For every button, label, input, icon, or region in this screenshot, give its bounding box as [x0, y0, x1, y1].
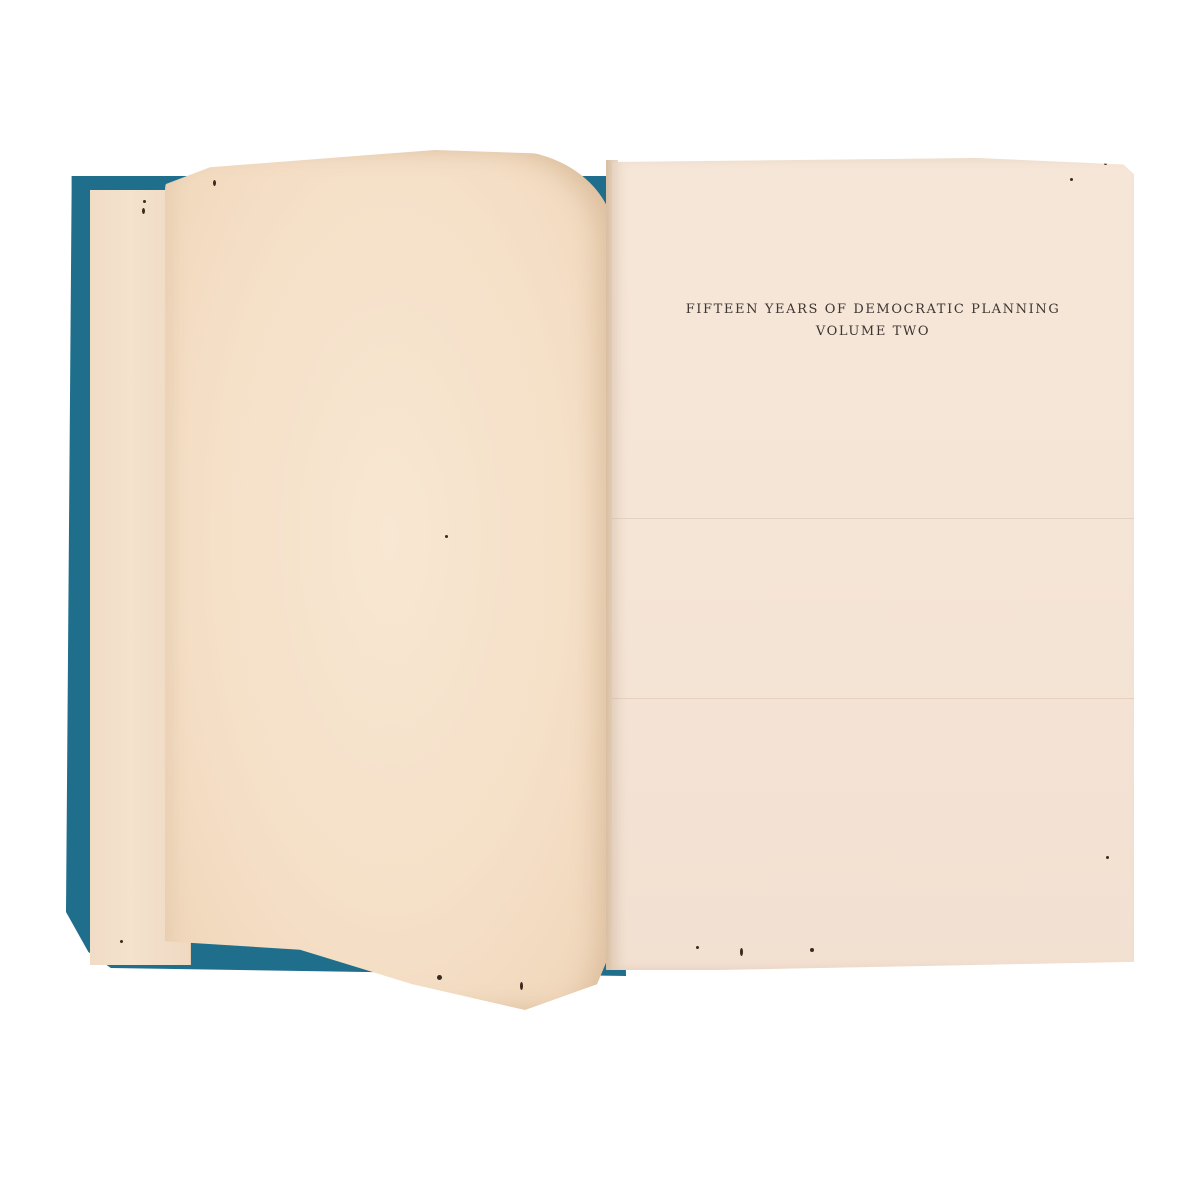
book-photo: FIFTEEN YEARS OF DEMOCRATIC PLANNING VOL… [0, 0, 1200, 1200]
foxing-spot [520, 982, 523, 990]
foxing-spot [120, 940, 123, 943]
foxing-spot [213, 180, 216, 186]
foxing-spot [1070, 178, 1073, 181]
book-title: FIFTEEN YEARS OF DEMOCRATIC PLANNING [612, 299, 1134, 321]
foxing-spot [1106, 856, 1109, 859]
foxing-spot [142, 208, 145, 214]
foxing-spot [445, 535, 448, 538]
volume-label: VOLUME TWO [612, 321, 1134, 343]
foxing-spot [696, 946, 699, 949]
foxing-spot [740, 948, 743, 956]
paper-crease [612, 698, 1134, 699]
title-block: FIFTEEN YEARS OF DEMOCRATIC PLANNING VOL… [612, 299, 1134, 343]
title-page: FIFTEEN YEARS OF DEMOCRATIC PLANNING VOL… [612, 158, 1134, 970]
free-endpaper-leaf [165, 150, 615, 1010]
foxing-spot [143, 200, 146, 203]
foxing-spot [1104, 162, 1107, 165]
foxing-spot [810, 948, 814, 952]
paper-crease [612, 518, 1134, 519]
foxing-spot [437, 975, 442, 980]
